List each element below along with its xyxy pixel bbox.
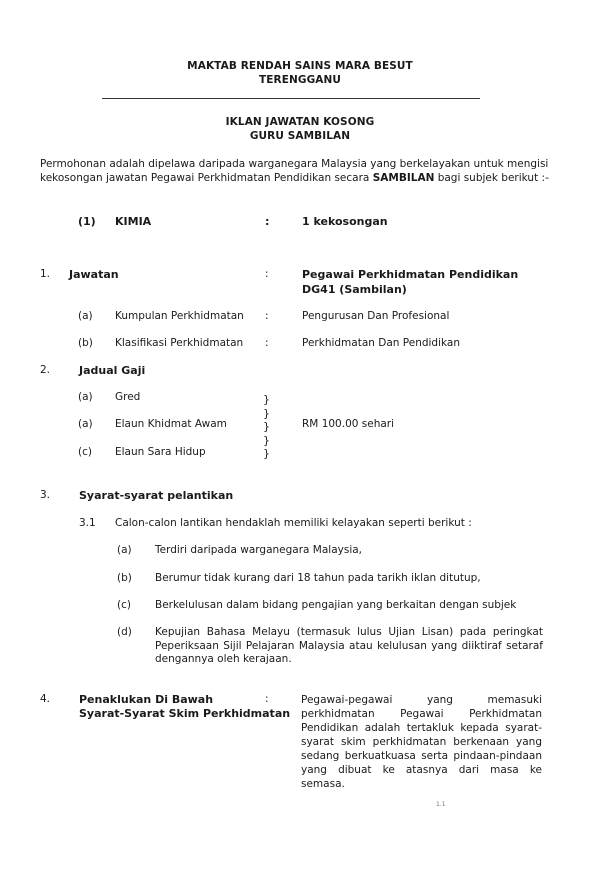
- section-2-item-name: Elaun Sara Hidup: [115, 446, 206, 458]
- section-2-heading: Jadual Gaji: [79, 364, 145, 377]
- requirement-label: (b): [117, 572, 132, 584]
- section-1-item-colon: :: [265, 310, 269, 322]
- section-4-colon: :: [265, 693, 269, 705]
- section-1-item-label: (b): [78, 337, 93, 349]
- section-4-text: Pegawai-pegawai yang memasuki perkhidmat…: [301, 693, 542, 791]
- salary-brace: } } } } }: [263, 393, 273, 461]
- subject-colon: :: [265, 215, 269, 228]
- intro-line-2: kekosongan jawatan Pegawai Perkhidmatan …: [40, 171, 549, 185]
- requirement-label: (d): [117, 626, 132, 638]
- page-mark: 1.1: [436, 801, 446, 808]
- intro-text-end: bagi subjek berikut :-: [434, 172, 549, 184]
- institution-state: TERENGGANU: [0, 74, 600, 86]
- section-2-number: 2.: [40, 364, 50, 376]
- institution-name: MAKTAB RENDAH SAINS MARA BESUT: [0, 60, 600, 72]
- section-2-item-name: Elaun Khidmat Awam: [115, 418, 227, 430]
- intro-line-1: Permohonan adalah dipelawa daripada warg…: [40, 157, 548, 171]
- section-1-item-colon: :: [265, 337, 269, 349]
- section-3-heading: Syarat-syarat pelantikan: [79, 489, 233, 502]
- requirement-text: Berkelulusan dalam bidang pengajian yang…: [155, 599, 516, 611]
- section-1-colon: :: [265, 268, 269, 280]
- section-1-value-line-2: DG41 (Sambilan): [302, 283, 407, 296]
- section-2-item-name: Gred: [115, 391, 140, 403]
- intro-emphasis: SAMBILAN: [373, 172, 435, 184]
- section-3-sub-number: 3.1: [79, 517, 96, 529]
- requirement-text: Terdiri daripada warganegara Malaysia,: [155, 544, 362, 556]
- section-4-heading-line-2: Syarat-Syarat Skim Perkhidmatan: [79, 707, 290, 720]
- subject-name: KIMIA: [115, 215, 151, 228]
- section-1-item-value: Perkhidmatan Dan Pendidikan: [302, 337, 460, 349]
- subject-number: (1): [78, 215, 96, 228]
- section-1-heading: Jawatan: [69, 268, 119, 281]
- section-3-sub-text: Calon-calon lantikan hendaklah memiliki …: [115, 517, 472, 529]
- document-title: IKLAN JAWATAN KOSONG: [0, 116, 600, 128]
- salary-value: RM 100.00 sehari: [302, 418, 394, 430]
- section-1-value-line-1: Pegawai Perkhidmatan Pendidikan: [302, 268, 518, 281]
- section-1-item-name: Kumpulan Perkhidmatan: [115, 310, 244, 322]
- section-1-item-label: (a): [78, 310, 93, 322]
- document-subtitle: GURU SAMBILAN: [0, 130, 600, 142]
- section-2-item-label: (a): [78, 418, 93, 430]
- requirement-text: Kepujian Bahasa Melayu (termasuk lulus U…: [155, 626, 543, 667]
- section-1-item-value: Pengurusan Dan Profesional: [302, 310, 449, 322]
- requirement-label: (a): [117, 544, 132, 556]
- section-4-number: 4.: [40, 693, 50, 705]
- requirement-text: Berumur tidak kurang dari 18 tahun pada …: [155, 572, 481, 584]
- section-3-number: 3.: [40, 489, 50, 501]
- requirement-label: (c): [117, 599, 131, 611]
- section-2-item-label: (c): [78, 446, 92, 458]
- section-2-item-label: (a): [78, 391, 93, 403]
- section-1-number: 1.: [40, 268, 50, 280]
- section-1-item-name: Klasifikasi Perkhidmatan: [115, 337, 243, 349]
- section-4-heading-line-1: Penaklukan Di Bawah: [79, 693, 213, 706]
- subject-vacancy: 1 kekosongan: [302, 215, 388, 228]
- intro-text: kekosongan jawatan Pegawai Perkhidmatan …: [40, 172, 373, 184]
- header-divider: [102, 98, 480, 99]
